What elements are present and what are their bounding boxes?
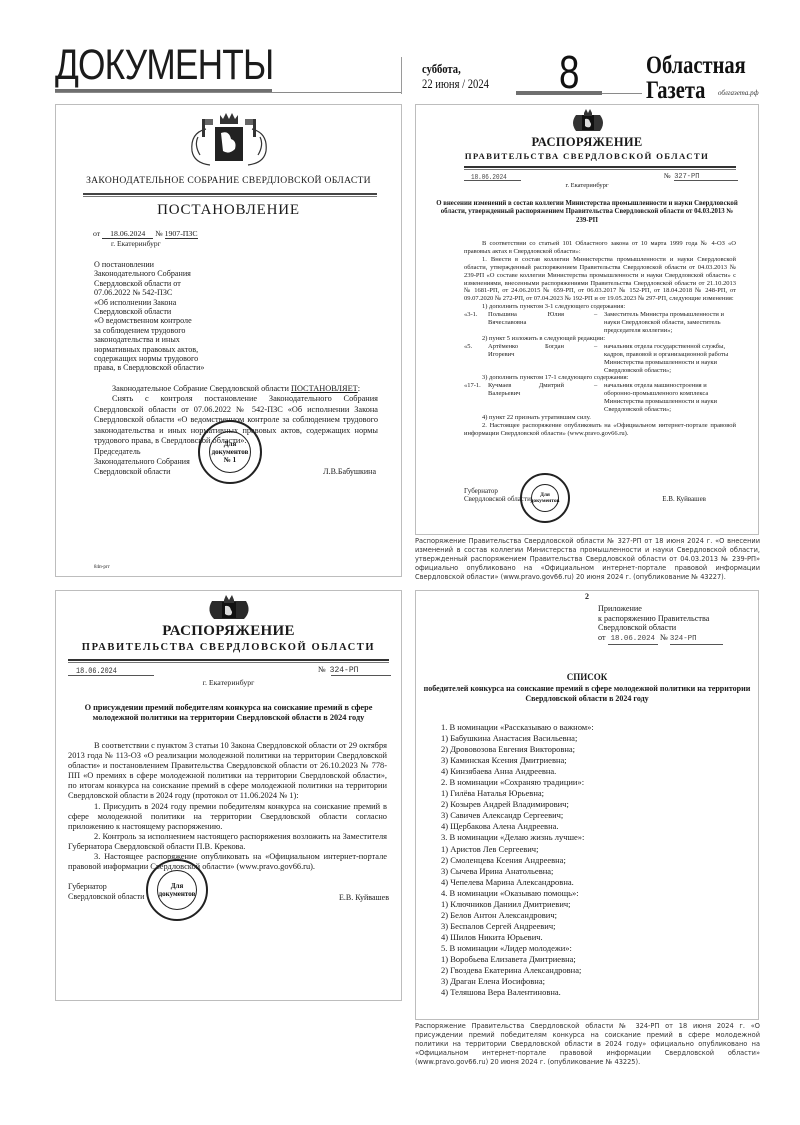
document-subject: О внесении изменений в состав коллегии М… [436,200,738,225]
header-rule [55,92,401,93]
list-item: 1) Гилёва Наталья Юрьевна; [441,788,594,799]
document-rasporyazhenie-324: РАСПОРЯЖЕНИЕ ПРАВИТЕЛЬСТВА СВЕРДЛОВСКОЙ … [55,590,402,1001]
masthead-line-2: Газета [646,78,705,103]
subject-line: «О ведомственном контроле [94,316,254,325]
body-paragraph: 1. Присудить в 2024 году премии победите… [68,802,387,832]
document-date: 18.06.2024 [102,229,153,239]
seal-text: Длядокументов№ 1 [212,440,249,464]
subject-line: Свердловской области [94,307,254,316]
list-item: 4) Чепелева Марина Александровна. [441,877,594,888]
list-item: 2) Смоленцева Ксения Андреевна; [441,855,594,866]
body-subitem: 1) дополнить пунктом 3-1 следующего соде… [464,303,736,311]
section-title: ДОКУМЕНТЫ [55,44,273,87]
number-underline [674,180,738,181]
date-underline [464,180,521,181]
document-city: г. Екатеринбург [111,239,161,248]
list-item: 2) Белов Антон Александрович; [441,910,594,921]
list-item: 3) Каминская Ксения Дмитриевна; [441,755,594,766]
issuing-body: ПРАВИТЕЛЬСТВА СВЕРДЛОВСКОЙ ОБЛАСТИ [56,642,401,653]
document-city: г. Екатеринбург [56,678,401,687]
list-item: 4) Шилов Никита Юрьевич. [441,932,594,943]
issuing-body: ПРАВИТЕЛЬСТВА СВЕРДЛОВСКОЙ ОБЛАСТИ [416,151,758,161]
list-item: 3) Сычева Ирина Анатольевна; [441,866,594,877]
signer-title-line: Свердловской области [94,467,190,477]
page-number: 8 [559,49,579,95]
list-item: 2) Дрововозова Евгения Викторовна; [441,744,594,755]
list-item: 4) Щербакова Алена Андреевна. [441,821,594,832]
body-subitem: 3) дополнить пунктом 17-1 следующего сод… [464,374,736,382]
appendix-header: Приложениек распоряжению ПравительстваСв… [598,604,723,645]
official-seal: Длядокументов [520,473,570,523]
coat-of-arms-icon [176,111,282,169]
body-subitem: 2) пункт 5 изложить в следующей редакции… [464,335,736,343]
document-number: № 324-РП [318,665,358,675]
list-item: 1) Воробьева Елизавета Дмитриевна; [441,954,594,965]
list-item: 4) Кинзябаева Анна Андреевна. [441,766,594,777]
list-item: 3. В номинации «Делаю жизнь лучше»: [441,832,594,843]
date-prefix: от [93,229,100,238]
subject-line: Законодательного Собрания [94,269,254,278]
document-number: 1907-ПЗС [165,229,198,239]
body-subitem: 4) пункт 22 признать утратившим силу. [464,414,736,422]
signer-title: ГубернаторСвердловской области [68,882,144,903]
document-body: В соответствии с пунктом 3 статьи 10 Зак… [68,741,387,872]
subject-line: 07.06.2022 № 542-ПЗС [94,288,254,297]
subject-line: нормативных правовых актов, [94,345,254,354]
subject-line: содержащих нормы трудового [94,354,254,363]
document-city: г. Екатеринбург [416,182,758,189]
official-seal: Длядокументов [146,859,208,921]
appendix-date: 18.06.2024 [608,635,658,646]
body-paragraph: В соответствии со статьей 101 Областного… [464,240,736,256]
list-item: 3) Драган Елена Иосифовна; [441,976,594,987]
signer-title-line: Законодательного Собрания [94,457,190,467]
document-kind: ПОСТАНОВЛЕНИЕ [56,202,401,219]
appendix-line: Приложение [598,604,723,614]
appendix-page-number: 2 [416,592,758,601]
list-subtitle: победителей конкурса на соискание премий… [422,684,752,703]
subject-line: О постановлении [94,260,254,269]
list-title: СПИСОК [416,672,758,682]
seal-text: Длядокументов [159,882,196,898]
seal-text: Длядокументов [531,492,560,505]
document-body: В соответствии со статьей 101 Областного… [464,240,736,438]
list-item: 2. В номинации «Сохраняю традиции»: [441,777,594,788]
appendix-line: Свердловской области [598,623,723,633]
body-paragraph: В соответствии с пунктом 3 статьи 10 Зак… [68,741,387,802]
seal-line: Для [212,440,249,448]
document-code: 84п-ргг [94,565,110,570]
list-item: 1) Ключников Даниил Дмитриевич; [441,899,594,910]
body-paragraph: 2. Контроль за исполнением настоящего ра… [68,832,387,852]
list-item: 5. В номинации «Лидер молодежи»: [441,943,594,954]
appendix-line: к распоряжению Правительства [598,614,723,624]
body-paragraph: 1. Внести в состав коллегии Министерства… [464,256,736,303]
composition-entry: «17-1. Кучмаев Дмитрий Валерьевич – нача… [464,382,736,414]
resolve-line: Законодательное Собрание Свердловской об… [94,384,378,394]
date-underline [68,675,154,676]
subject-line: Свердловской области от [94,279,254,288]
document-appendix-list: 2 Приложениек распоряжению Правительства… [415,590,759,1020]
number-prefix: № [155,229,162,238]
publication-note: Распоряжение Правительства Свердловской … [415,1022,760,1067]
document-subject: О присуждении премий победителям конкурс… [66,703,391,723]
seal-line: документов [212,448,249,456]
list-item: 1) Аристов Лев Сергеевич; [441,844,594,855]
signer-title: ПредседательЗаконодательного СобранияСве… [94,447,190,477]
header-divider [401,57,402,94]
masthead-url[interactable]: облгазета.рф [718,89,759,97]
coat-of-arms-icon [206,593,252,623]
subject-line: за соблюдением трудового [94,326,254,335]
coat-of-arms-icon [570,107,606,135]
document-date-number: от 18.06.2024 № 1907-ПЗС [93,229,198,238]
subject-line: законодательства и иных [94,335,254,344]
signer-title-line: Губернатор [68,882,144,892]
document-kind: РАСПОРЯЖЕНИЕ [416,135,758,150]
letterhead-rule [464,166,736,170]
signer-name: Л.В.Бабушкина [323,467,376,476]
list-item: 1. В номинации «Рассказываю о важном»: [441,722,594,733]
document-date: 18.06.2024 [76,664,117,679]
signer-title-line: Свердловской области [68,892,144,902]
composition-entry: «5. Артёменко Богдан Игоревич – начальни… [464,343,736,375]
document-rasporyazhenie-327: РАСПОРЯЖЕНИЕ ПРАВИТЕЛЬСТВА СВЕРДЛОВСКОЙ … [415,104,759,535]
issue-date: 22 июня / 2024 [422,77,489,92]
resolve-word: ПОСТАНОВЛЯЕТ [291,384,358,393]
letterhead-rule [68,659,389,663]
body-paragraph: 3. Настоящее распоряжение опубликовать н… [68,852,387,872]
list-item: 4. В номинации «Оказываю помощь»: [441,888,594,899]
issuing-body: ЗАКОНОДАТЕЛЬНОЕ СОБРАНИЕ СВЕРДЛОВСКОЙ ОБ… [56,175,401,186]
document-kind: РАСПОРЯЖЕНИЕ [56,623,401,640]
seal-line: документов [531,498,560,505]
document-postanovlenie: ЗАКОНОДАТЕЛЬНОЕ СОБРАНИЕ СВЕРДЛОВСКОЙ ОБ… [55,104,402,577]
winners-list: 1. В номинации «Рассказываю о важном»:1)… [441,722,594,998]
list-item: 1) Бабушкина Анастасия Васильевна; [441,733,594,744]
letterhead-rule [83,193,377,197]
signer-name: Е.В. Куйвашев [662,495,706,503]
seal-line: документов [159,890,196,898]
issue-weekday: суббота, [422,62,461,77]
masthead-line-1: Областная [646,53,746,78]
official-seal: Длядокументов№ 1 [198,420,262,484]
body-paragraph: 2. Настоящее распоряжение опубликовать н… [464,422,736,438]
list-item: 4) Теляшова Вера Валентиновна. [441,987,594,998]
list-item: 3) Беспалов Сергей Андреевич; [441,921,594,932]
appendix-number: 324-РП [670,635,723,646]
seal-line: Для [159,882,196,890]
page-number-underline [516,91,602,95]
subject-line: «Об исполнении Закона [94,298,254,307]
signer-name: Е.В. Куйвашев [339,893,389,902]
composition-entry: «3-1. Польшина Юлия Вячеславовна – Замес… [464,311,736,335]
list-item: 3) Савичев Александр Сергеевич; [441,810,594,821]
document-subject: О постановленииЗаконодательного Собрания… [94,260,254,373]
list-item: 2) Гвоздева Екатерина Александровна; [441,965,594,976]
number-underline [331,675,391,676]
signer-title-line: Председатель [94,447,190,457]
header-rule-right [602,93,642,94]
seal-line: № 1 [212,456,249,464]
subject-line: права, в Свердловской области» [94,363,254,372]
publication-note: Распоряжение Правительства Свердловской … [415,537,760,582]
appendix-date-number: от 18.06.2024 № 324-РП [598,633,723,646]
list-item: 2) Козырев Андрей Владимирович; [441,799,594,810]
